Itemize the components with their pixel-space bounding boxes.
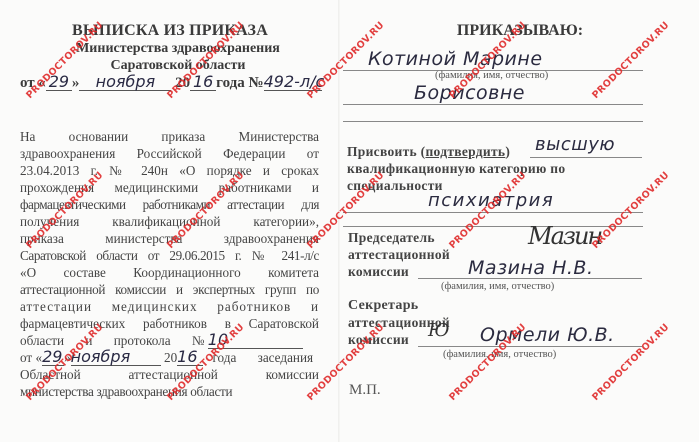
name-underline-3: [343, 121, 643, 122]
protocol-month: ноября: [71, 349, 161, 366]
assign-line: Присвоить (подтвердить): [347, 143, 510, 160]
secretary-signature: Ю: [428, 320, 449, 341]
chairman-signature: Мазин: [528, 222, 601, 250]
secretary-label-1: Секретарь: [348, 297, 419, 314]
chairman-label-3: комиссии: [348, 263, 409, 280]
chairman-caption: (фамилия, имя, отчество): [441, 281, 554, 292]
recipient-name-line1: Котиной Марине: [368, 48, 543, 70]
extract-title: ВЫПИСКА ИЗ ПРИКАЗА: [0, 22, 340, 40]
chairman-underline: [418, 278, 642, 279]
order-month: ноября: [79, 74, 171, 91]
watermark: PRODOCTOROV.RU: [590, 170, 671, 251]
name-caption: (фамилия, имя, отчество): [435, 70, 548, 81]
name-underline-2: [343, 104, 643, 105]
stamp-place: М.П.: [349, 382, 381, 399]
chairman-label-1: Председатель: [348, 229, 435, 246]
secretary-underline: [418, 346, 642, 347]
chairman-label-2: аттестационной: [348, 246, 450, 263]
protocol-number-line: области и протокола № 10: [20, 332, 319, 349]
document-page: ВЫПИСКА ИЗ ПРИКАЗА Министерства здравоох…: [0, 0, 699, 442]
category-underline: [530, 157, 642, 158]
category-value: высшую: [535, 134, 615, 155]
ministry-name: Министерства здравоохранения: [8, 41, 348, 57]
chairman-name: Мазина Н.В.: [468, 257, 594, 279]
